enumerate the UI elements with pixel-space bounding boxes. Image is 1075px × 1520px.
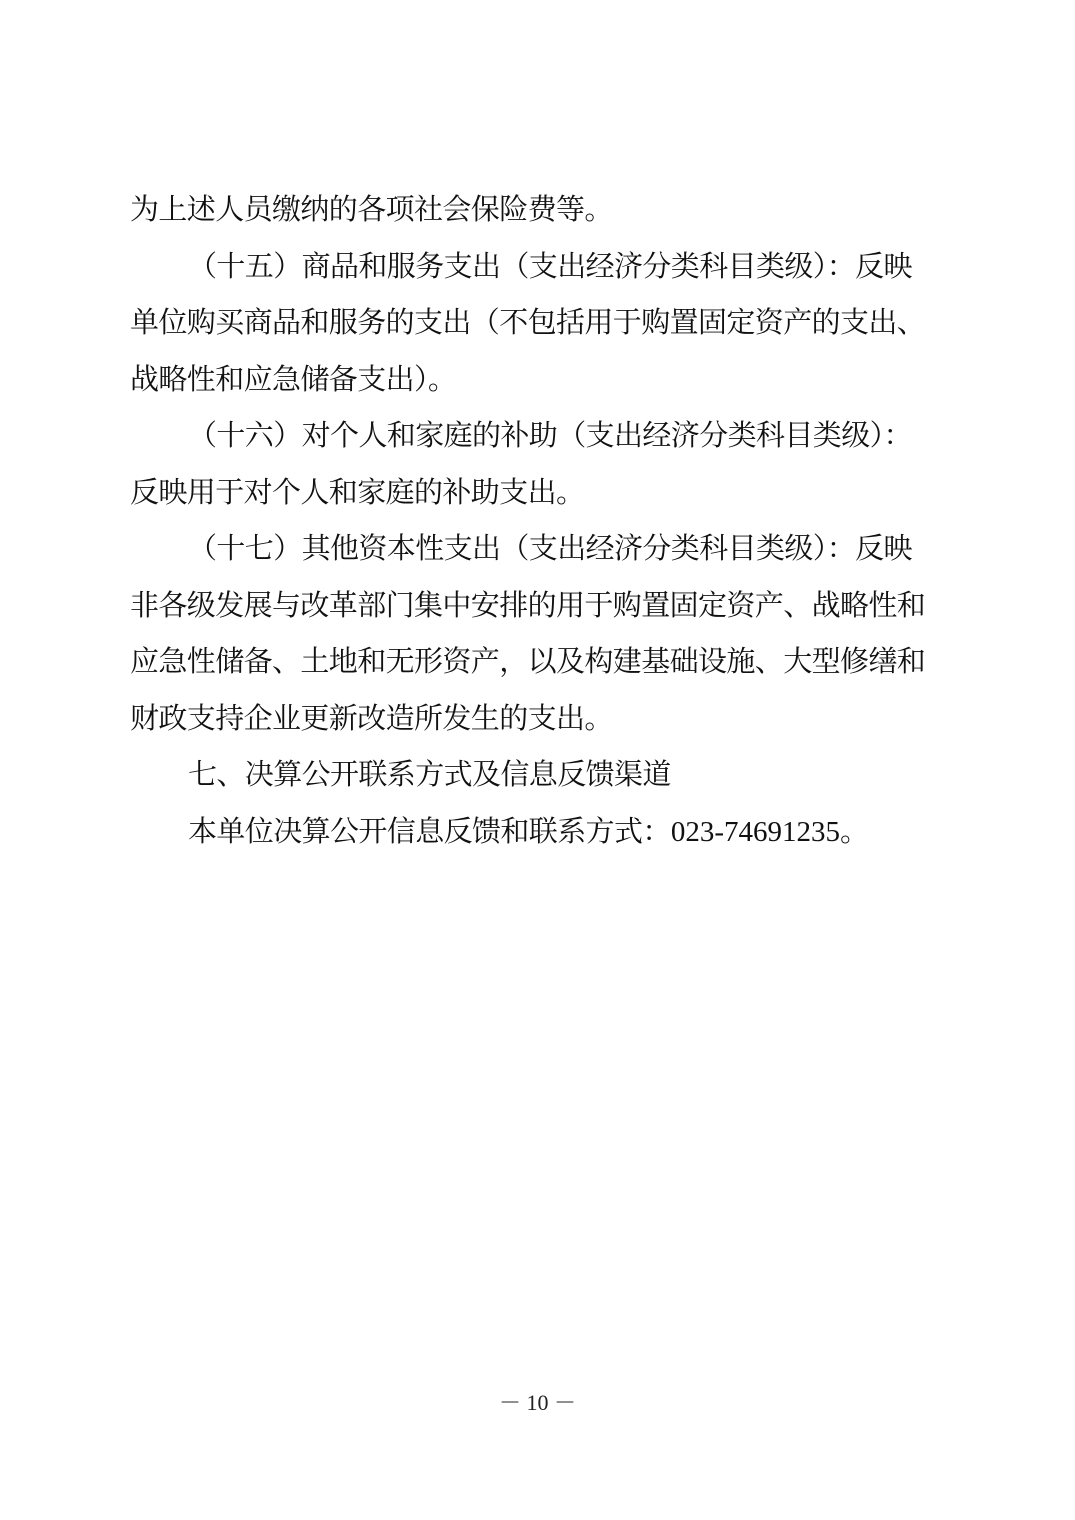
contact-suffix: 。 (840, 814, 868, 848)
text-line: 单位购买商品和服务的支出（不包括用于购置固定资产的支出、 (130, 294, 946, 351)
text-line: 战略性和应急储备支出）。 (130, 351, 946, 408)
contact-line: 本单位决算公开信息反馈和联系方式：023-74691235。 (130, 803, 946, 860)
section-15-heading-line: （十五）商品和服务支出（支出经济分类科目类级）：反映 (130, 238, 946, 295)
page-number: － 10 － (0, 1386, 1075, 1417)
section-7-heading: 七、决算公开联系方式及信息反馈渠道 (130, 746, 946, 803)
section-16-heading-line: （十六）对个人和家庭的补助（支出经济分类科目类级）： (130, 407, 946, 464)
text-line: 应急性储备、土地和无形资产，以及构建基础设施、大型修缮和 (130, 633, 946, 690)
text-line: 为上述人员缴纳的各项社会保险费等。 (130, 181, 946, 238)
contact-phone: 023-74691235 (671, 816, 840, 848)
section-17-heading-line: （十七）其他资本性支出（支出经济分类科目类级）：反映 (130, 520, 946, 577)
document-page: 为上述人员缴纳的各项社会保险费等。 （十五）商品和服务支出（支出经济分类科目类级… (0, 0, 1075, 1520)
document-body: 为上述人员缴纳的各项社会保险费等。 （十五）商品和服务支出（支出经济分类科目类级… (130, 181, 946, 859)
contact-label: 本单位决算公开信息反馈和联系方式： (188, 814, 671, 848)
text-line: 非各级发展与改革部门集中安排的用于购置固定资产、战略性和 (130, 577, 946, 634)
text-line: 财政支持企业更新改造所发生的支出。 (130, 690, 946, 747)
text-line: 反映用于对个人和家庭的补助支出。 (130, 464, 946, 521)
